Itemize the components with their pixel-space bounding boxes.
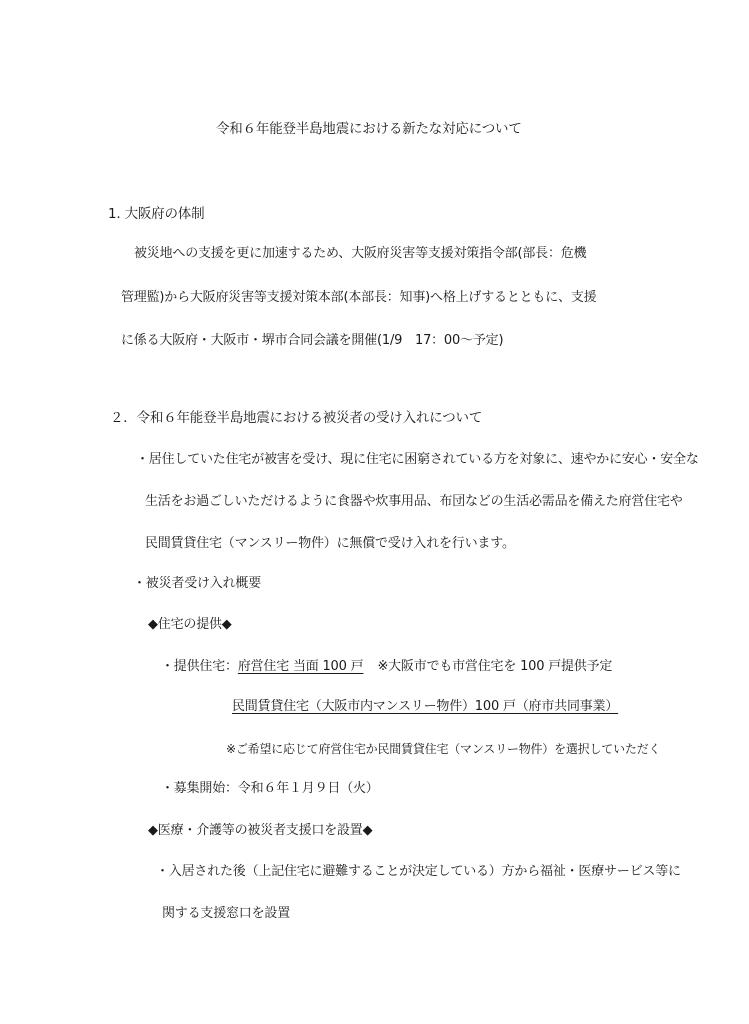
support-line: ・入居された後（上記住宅に避難することが決定している）方から福祉・医療サービス等…	[156, 864, 681, 880]
section2-intro-line: ・居住していた住宅が被害を受け、現に住宅に困窮されている方を対象に、速やかに安心…	[136, 452, 699, 468]
section1-paragraph-line: 管理監)から大阪府災害等支援対策本部(本部長：知事)へ格上げするとともに、支援	[121, 290, 596, 306]
section2-intro-line: 生活をお過ごしいただけるように食器や炊事用品、布団などの生活必需品を備えた府営住…	[145, 494, 683, 510]
section2-intro-line: 民間賃貸住宅（マンスリー物件）に無償で受け入れを行います。	[145, 536, 515, 552]
section1-heading: 1. 大阪府の体制	[108, 206, 204, 222]
document-title: 令和６年能登半島地震における新たな対応について	[216, 121, 522, 137]
recruitment-start: ・募集開始：令和６年１月９日（火）	[161, 781, 379, 797]
provided-housing-line: ・提供住宅：府営住宅 当面 100 戸※大阪市でも市営住宅を 100 戸提供予定	[161, 659, 612, 675]
provided-city-note: ※大阪市でも市営住宅を 100 戸提供予定	[377, 659, 612, 674]
section2-heading: ２．令和６年能登半島地震における被災者の受け入れについて	[110, 410, 482, 426]
overview-label: ・被災者受け入れ概要	[133, 576, 261, 592]
support-heading: ◆医療・介護等の被災者支援口を設置◆	[148, 823, 372, 839]
provided-private-housing: 民間賃貸住宅（大阪市内マンスリー物件）100 戸（府市共同事業）	[232, 699, 618, 715]
provided-label: ・提供住宅：	[161, 659, 238, 674]
selection-note: ※ご希望に応じて府営住宅か民間賃貸住宅（マンスリー物件）を選択していただく	[226, 741, 660, 757]
provided-pref-housing: 府営住宅 当面 100 戸	[238, 659, 364, 674]
section1-paragraph-line: に係る大阪府・大阪市・堺市合同会議を開催(1/9 17：00～予定)	[121, 333, 503, 349]
housing-heading: ◆住宅の提供◆	[148, 617, 232, 633]
section1-paragraph-line: 被災地への支援を更に加速するため、大阪府災害等支援対策指令部(部長：危機	[134, 246, 586, 262]
support-line: 関する支援窓口を設置	[162, 906, 290, 922]
